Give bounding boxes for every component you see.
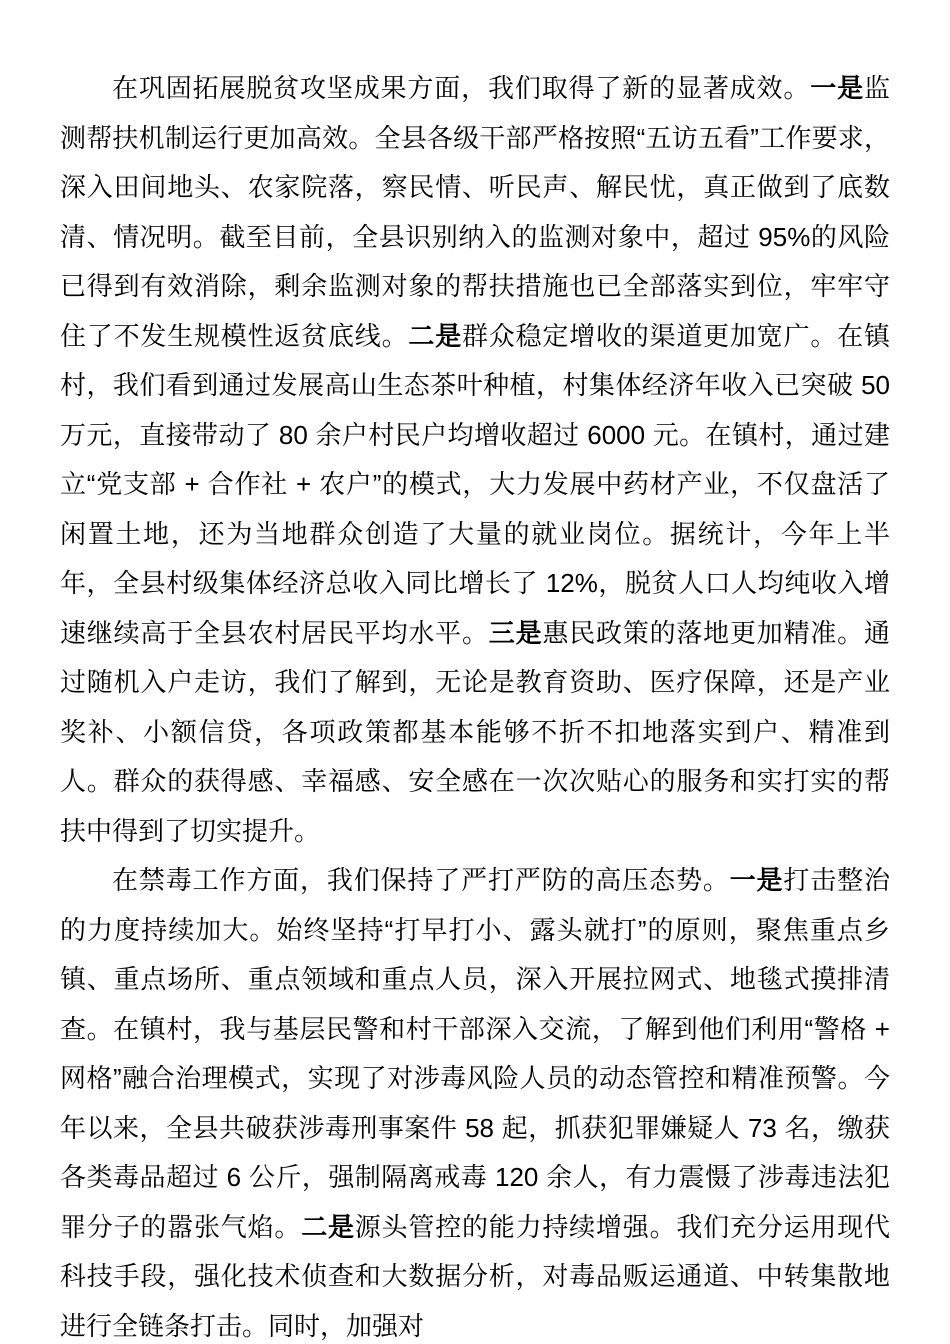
text-run: 惠民政策的落地更加精准。通过随机入户走访，我们了解到，无论是教育资助、医疗保障，…: [60, 618, 890, 846]
document-page: 在巩固拓展脱贫攻坚成果方面，我们取得了新的显著成效。一是监测帮扶机制运行更加高效…: [0, 0, 950, 1344]
emphasis-run: 一是: [730, 865, 784, 895]
emphasis-run: 三是: [489, 618, 543, 648]
text-run: 群众稳定增收的渠道更加宽广。在镇村，我们看到通过发展高山生态茶叶种植，村集体经济…: [60, 321, 890, 648]
text-run: 打击整治的力度持续加大。始终坚持“打早打小、露头就打”的原则，聚焦重点乡镇、重点…: [60, 865, 890, 1242]
emphasis-run: 二是: [301, 1212, 355, 1242]
emphasis-run: 一是: [810, 73, 864, 103]
paragraph-poverty-alleviation: 在巩固拓展脱贫攻坚成果方面，我们取得了新的显著成效。一是监测帮扶机制运行更加高效…: [60, 64, 890, 856]
text-run: 在禁毒工作方面，我们保持了严打严防的高压态势。: [112, 865, 730, 895]
text-run: 监测帮扶机制运行更加高效。全县各级干部严格按照“五访五看”工作要求，深入田间地头…: [60, 73, 890, 351]
paragraph-anti-drug-work: 在禁毒工作方面，我们保持了严打严防的高压态势。一是打击整治的力度持续加大。始终坚…: [60, 856, 890, 1344]
text-run: 在巩固拓展脱贫攻坚成果方面，我们取得了新的显著成效。: [112, 73, 810, 103]
document-body: 在巩固拓展脱贫攻坚成果方面，我们取得了新的显著成效。一是监测帮扶机制运行更加高效…: [60, 64, 890, 1344]
emphasis-run: 二是: [408, 321, 462, 351]
